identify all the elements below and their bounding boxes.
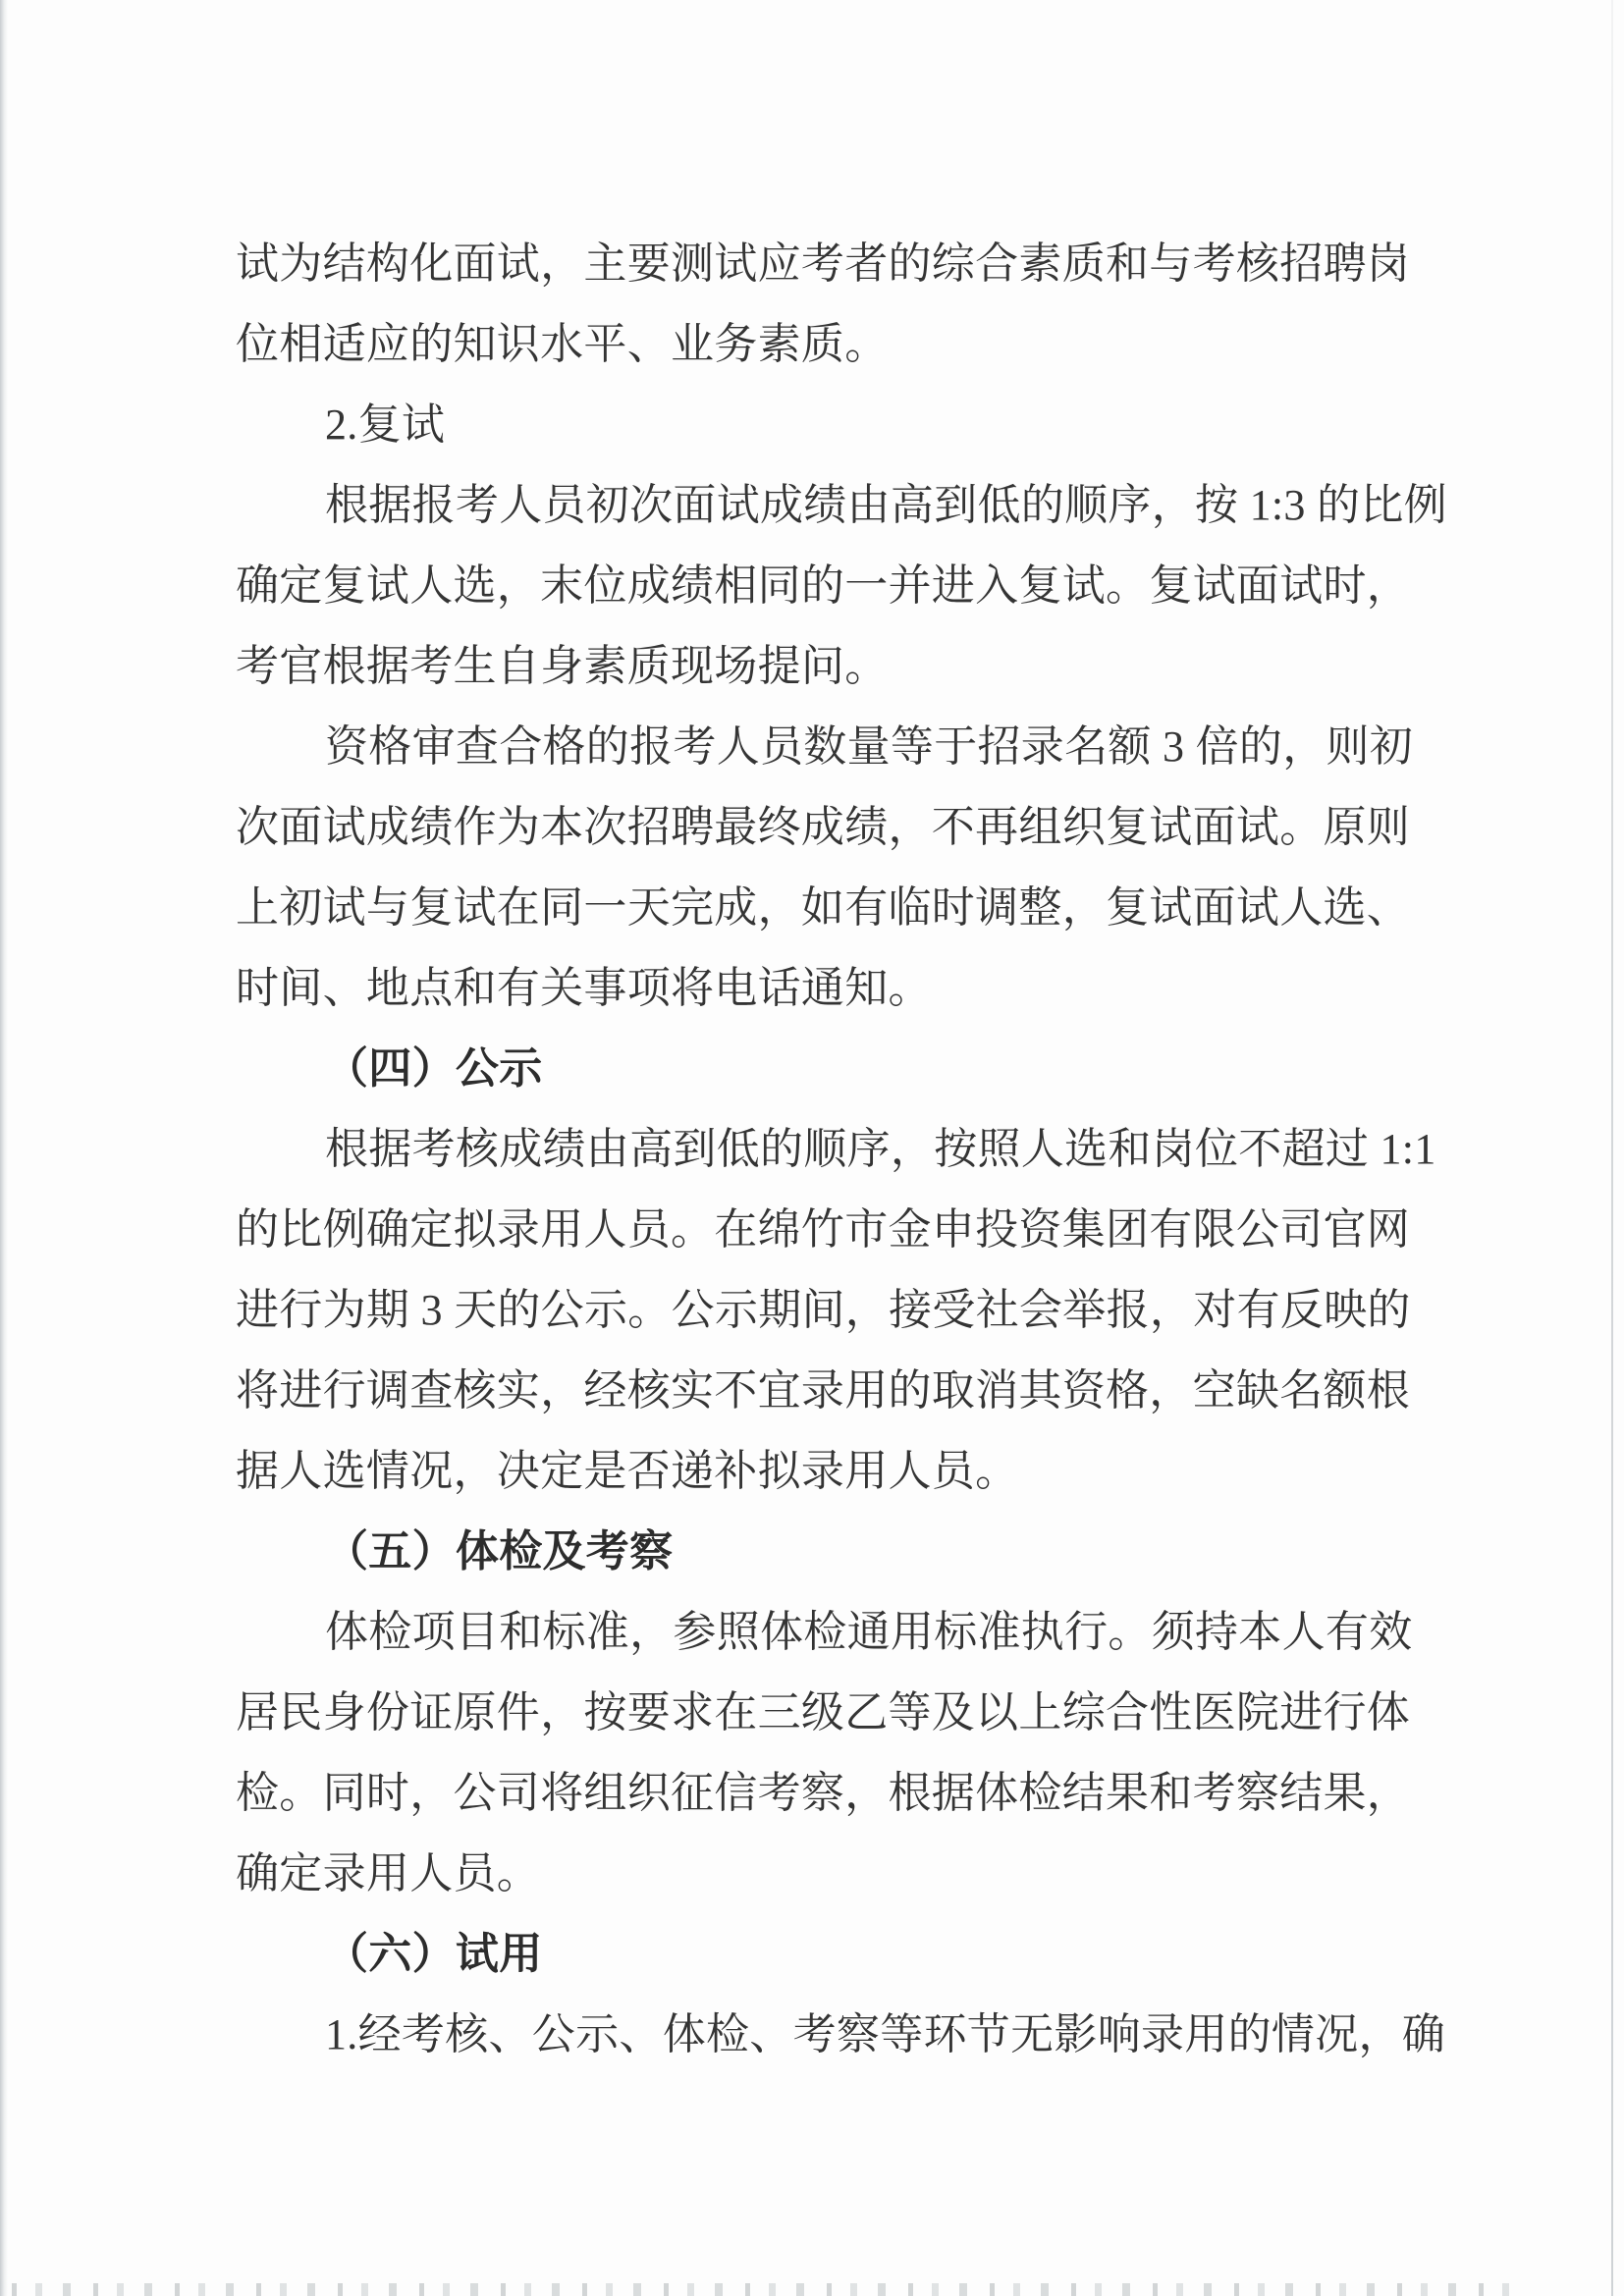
text-line: 的比例确定拟录用人员。在绵竹市金申投资集团有限公司官网 [236,1190,1424,1270]
text-line: 资格审查合格的报考人员数量等于招录名额 3 倍的，则初 [236,707,1424,787]
document-page: 试为结构化面试，主要测试应考者的综合素质和与考核招聘岗位相适应的知识水平、业务素… [0,0,1624,2296]
text-line: 根据考核成绩由高到低的顺序，按照人选和岗位不超过 1:1 [236,1109,1424,1190]
text-line: 体检项目和标准，参照体检通用标准执行。须持本人有效 [236,1592,1424,1673]
text-line: 将进行调查核实，经核实不宜录用的取消其资格，空缺名额根 [236,1351,1424,1431]
text-line: 进行为期 3 天的公示。公示期间，接受社会举报，对有反映的 [236,1270,1424,1351]
text-line: 确定复试人选，末位成绩相同的一并进入复试。复试面试时， [236,546,1424,626]
section-heading: （六）试用 [236,1914,1424,1995]
text-line: 时间、地点和有关事项将电话通知。 [236,948,1424,1029]
text-line: 2.复试 [236,385,1424,465]
text-line: 确定录用人员。 [236,1834,1424,1914]
text-line: 检。同时，公司将组织征信考察，根据体检结果和考察结果， [236,1753,1424,1834]
section-heading: （四）公示 [236,1029,1424,1109]
text-line: 位相适应的知识水平、业务素质。 [236,304,1424,385]
text-line: 1.经考核、公示、体检、考察等环节无影响录用的情况，确 [236,1995,1424,2075]
scan-edge-right-artifact [1611,0,1613,2296]
text-line: 考官根据考生自身素质现场提问。 [236,626,1424,707]
text-line: 据人选情况，决定是否递补拟录用人员。 [236,1431,1424,1512]
document-text-block: 试为结构化面试，主要测试应考者的综合素质和与考核招聘岗位相适应的知识水平、业务素… [236,224,1424,2075]
scan-edge-left-artifact [0,0,8,2296]
text-line: 次面试成绩作为本次招聘最终成绩，不再组织复试面试。原则 [236,787,1424,868]
scan-artifact-bottom [12,2283,1514,2296]
text-line: 根据报考人员初次面试成绩由高到低的顺序，按 1:3 的比例 [236,465,1424,546]
text-line: 居民身份证原件，按要求在三级乙等及以上综合性医院进行体 [236,1673,1424,1753]
text-line: 上初试与复试在同一天完成，如有临时调整，复试面试人选、 [236,868,1424,948]
section-heading: （五）体检及考察 [236,1512,1424,1592]
text-line: 试为结构化面试，主要测试应考者的综合素质和与考核招聘岗 [236,224,1424,304]
